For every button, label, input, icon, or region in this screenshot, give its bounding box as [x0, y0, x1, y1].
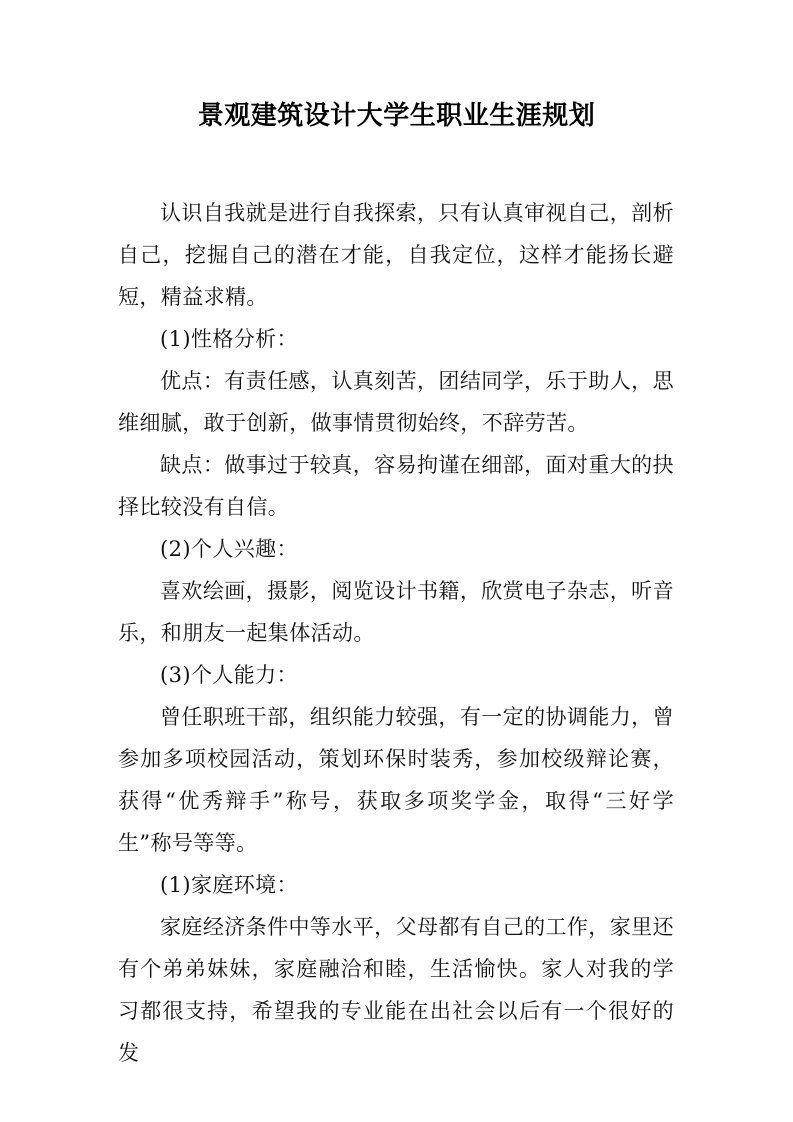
paragraph-interests: 喜欢绘画，摄影，阅览设计书籍，欣赏电子杂志，听音乐，和朋友一起集体活动。 — [118, 570, 674, 654]
paragraph-strengths: 优点：有责任感，认真刻苦，团结同学，乐于助人，思维细腻，敢于创新，做事情贯彻始终… — [118, 360, 674, 444]
heading-personal-abilities: (3)个人能力： — [118, 654, 674, 696]
paragraph-self-awareness: 认识自我就是进行自我探索，只有认真审视自己，剖析自己，挖掘自己的潜在才能，自我定… — [118, 192, 674, 318]
heading-family-environment: (1)家庭环境： — [118, 864, 674, 906]
paragraph-weaknesses: 缺点：做事过于较真，容易拘谨在细部，面对重大的抉择比较没有自信。 — [118, 444, 674, 528]
paragraph-family: 家庭经济条件中等水平，父母都有自己的工作，家里还有个弟弟妹妹，家庭融洽和睦，生活… — [118, 906, 674, 1074]
document-body: 认识自我就是进行自我探索，只有认真审视自己，剖析自己，挖掘自己的潜在才能，自我定… — [118, 192, 674, 1074]
document-page: 景观建筑设计大学生职业生涯规划 认识自我就是进行自我探索，只有认真审视自己，剖析… — [0, 0, 793, 1122]
document-title: 景观建筑设计大学生职业生涯规划 — [0, 96, 793, 136]
paragraph-abilities: 曾任职班干部，组织能力较强，有一定的协调能力，曾参加多项校园活动，策划环保时装秀… — [118, 696, 674, 864]
heading-personal-interests: (2)个人兴趣： — [118, 528, 674, 570]
heading-personality-analysis: (1)性格分析： — [118, 318, 674, 360]
